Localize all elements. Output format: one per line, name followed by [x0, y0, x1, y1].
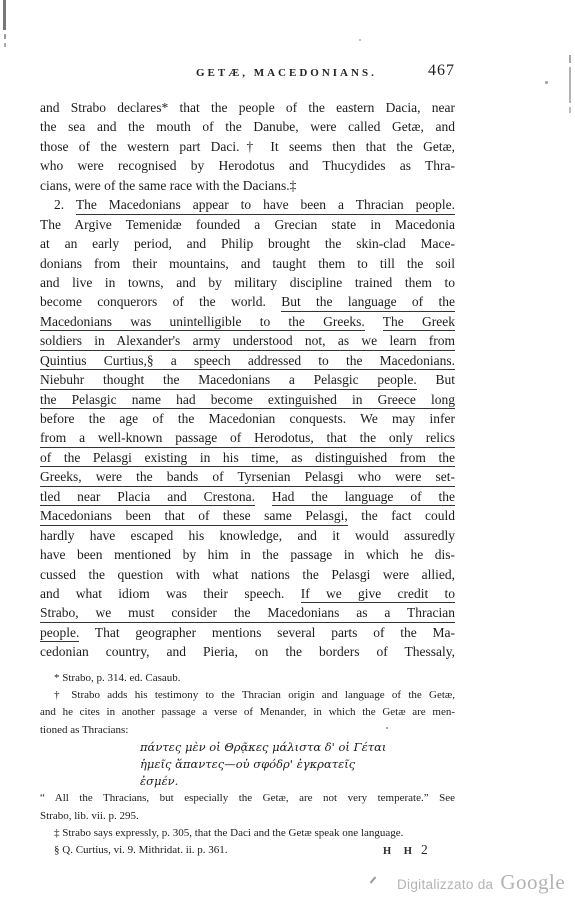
underlined-passage: people.: [40, 625, 79, 642]
body-line: cedonian country, and Pieria, on the bor…: [40, 642, 455, 661]
body-line: Quintius Curtius,§ a speech addressed to…: [40, 351, 455, 370]
body-line: the Pelasgic name had become extinguishe…: [40, 390, 455, 409]
body-line: 2. The Macedonians appear to have been a…: [40, 195, 455, 214]
body-line: and live in towns, and by military disci…: [40, 273, 455, 292]
underlined-passage: Quintius Curtius,§ a speech addressed to…: [40, 353, 455, 370]
google-logo-text: Google: [500, 870, 565, 895]
footnote-line: and he cites in another passage a verse …: [40, 704, 455, 721]
underlined-passage: If we give credit to: [301, 586, 455, 603]
footnotes: * Strabo, p. 314. ed. Casaub.† Strabo ad…: [40, 670, 455, 859]
underlined-passage: before the age of the Macedonian conques…: [40, 411, 346, 428]
scan-edge-artifact: [4, 34, 6, 39]
body-line: at an early period, and Philip brought t…: [40, 234, 455, 253]
body-line: donians from their mountains, and taught…: [40, 254, 455, 273]
scan-edge-artifact: [3, 0, 6, 30]
underlined-passage: The Greek: [383, 314, 455, 331]
body-line: people. That geographer mentions several…: [40, 623, 455, 642]
underlined-passage: Had the language of the: [272, 489, 455, 506]
scan-edge-artifact: [569, 67, 571, 103]
signature-letters: H H: [383, 846, 417, 857]
body-line: the sea and the mouth of the Danube, wer…: [40, 117, 455, 136]
underlined-passage: soldiers in Alexander's army understood …: [40, 333, 455, 350]
footnote-line: † Strabo adds his testimony to the Thrac…: [40, 687, 455, 704]
underlined-passage: the Pelasgic name had become extinguishe…: [40, 392, 455, 409]
scan-edge-artifact: [569, 107, 571, 113]
footnote-line: tioned as Thracians:: [40, 722, 455, 739]
underlined-passage: Strabo, we must consider the Macedonians…: [40, 605, 455, 622]
body-line: Strabo, we must consider the Macedonians…: [40, 603, 455, 622]
underlined-passage: Macedonians was unintelligible to the Gr…: [40, 314, 365, 331]
watermark-text: Digitalizzato da: [397, 877, 493, 892]
underlined-passage: We may infer: [360, 411, 455, 428]
body-line: Macedonians been that of these same Pela…: [40, 506, 455, 525]
scan-speck: [545, 81, 548, 84]
body-line: cussed the question with what nations th…: [40, 565, 455, 584]
footnote-line: πάντες μὲν οἱ Θρᾷκες μάλιστα δ' οἱ Γέται: [40, 739, 455, 756]
scan-speck: [359, 39, 361, 41]
scan-edge-artifact: [4, 43, 6, 47]
underlined-passage: The Macedonians appear to have been a Th…: [76, 197, 455, 214]
body-line: Macedonians was unintelligible to the Gr…: [40, 312, 455, 331]
body-line: soldiers in Alexander's army understood …: [40, 331, 455, 350]
underlined-passage: of the Pelasgi existing in his time, as …: [40, 450, 455, 467]
body-line: before the age of the Macedonian conques…: [40, 409, 455, 428]
scanned-book-page: GETÆ, MACEDONIANS. 467 and Strabo declar…: [0, 0, 575, 914]
printers-signature-mark: H H2: [383, 841, 428, 859]
footnote-line: ‡ Strabo says expressly, p. 305, that th…: [40, 825, 455, 842]
body-line: tled near Placia and Crestona. Had the l…: [40, 487, 455, 506]
running-header: GETÆ, MACEDONIANS.: [196, 67, 377, 79]
underlined-passage: But the language of the: [281, 294, 455, 311]
scan-edge-artifact: [569, 55, 571, 63]
body-line: hardly have escaped his knowledge, and i…: [40, 526, 455, 545]
body-line: of the Pelasgi existing in his time, as …: [40, 448, 455, 467]
body-text: and Strabo declares* that the people of …: [40, 98, 455, 662]
body-line: who were recognised by Herodotus and Thu…: [40, 156, 455, 175]
body-line: Greeks, were the bands of Tyrsenian Pela…: [40, 467, 455, 486]
footnote-line: ἐσμέν.: [40, 773, 455, 790]
footnote-line: Strabo, lib. vii. p. 295.: [40, 808, 455, 825]
body-line: Niebuhr thought the Macedonians a Pelasg…: [40, 370, 455, 389]
underlined-passage: from a well-known passage of Herodotus, …: [40, 430, 455, 447]
underlined-passage: Niebuhr thought the Macedonians a Pelasg…: [40, 372, 417, 389]
footnote-line: “ All the Thracians, but especially the …: [40, 790, 455, 807]
body-line: from a well-known passage of Herodotus, …: [40, 428, 455, 447]
body-line: The Argive Temenidæ founded a Grecian st…: [40, 215, 455, 234]
body-line: have been mentioned by him in the passag…: [40, 545, 455, 564]
footnote-line: ἡμεῖς ἅπαντες—οὐ σφόδρ' ἐγκρατεῖς: [40, 756, 455, 773]
body-line: become conquerors of the world. But the …: [40, 292, 455, 311]
signature-number: 2: [421, 842, 428, 857]
footnote-line: * Strabo, p. 314. ed. Casaub.: [40, 670, 455, 687]
pen-tick-mark: [370, 876, 377, 883]
google-digitization-watermark: Digitalizzato da Google: [397, 870, 565, 895]
underlined-passage: Greeks, were the bands of Tyrsenian Pela…: [40, 469, 455, 486]
underlined-passage: Macedonians been that of these same Pela…: [40, 508, 348, 525]
body-line: and what idiom was their speech. If we g…: [40, 584, 455, 603]
body-line: those of the western part Daci.† It seem…: [40, 137, 455, 156]
body-line: and Strabo declares* that the people of …: [40, 98, 455, 117]
underlined-passage: tled near Placia and Crestona.: [40, 489, 255, 506]
body-line: cians, were of the same race with the Da…: [40, 176, 455, 195]
page-number: 467: [428, 62, 455, 80]
